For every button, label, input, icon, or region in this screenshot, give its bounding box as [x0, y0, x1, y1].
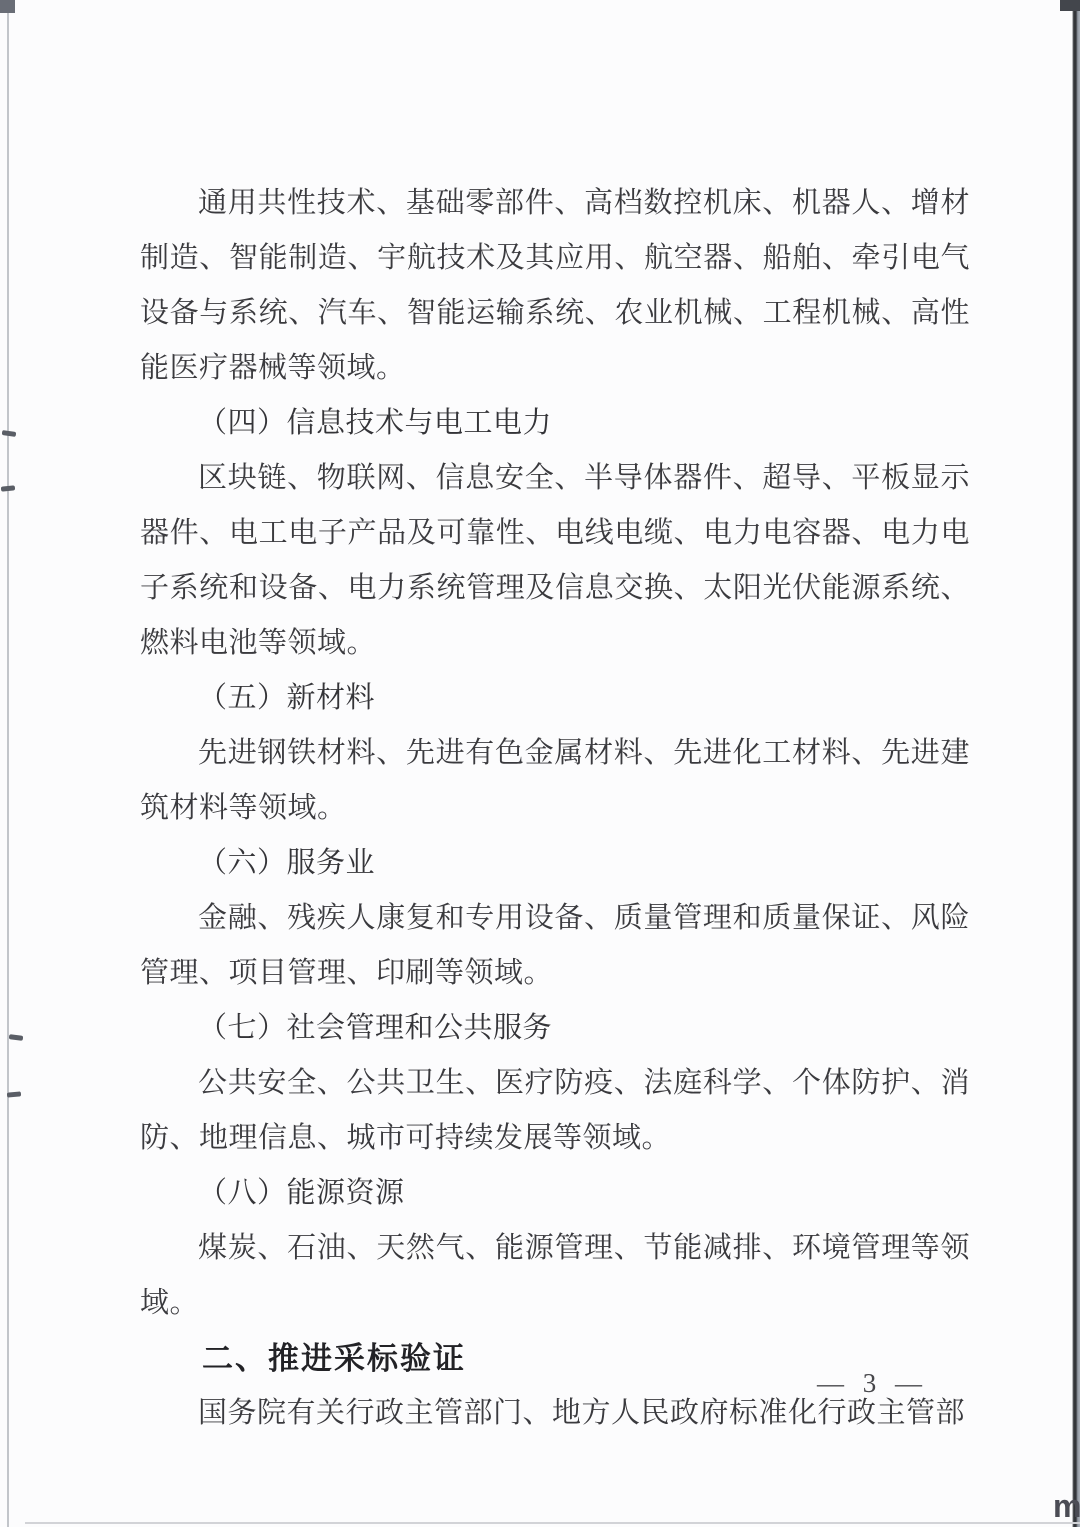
paragraph-new-materials-fields: 先进钢铁材料、先进有色金属材料、先进化工材料、先进建筑材料等领域。: [140, 726, 970, 836]
section-heading-8-energy-resources: （八）能源资源: [140, 1166, 970, 1221]
paragraph-information-technology-fields: 区块链、物联网、信息安全、半导体器件、超导、平板显示器件、电工电子产品及可靠性、…: [140, 451, 970, 671]
staple-mark: [1, 485, 15, 491]
staple-mark: [7, 1091, 21, 1097]
right-scan-edge: [1071, 0, 1080, 1527]
section-heading-4-information-technology: （四）信息技术与电工电力: [140, 396, 970, 451]
staple-mark: [9, 1034, 24, 1041]
page-number: — 3 —: [817, 1368, 928, 1399]
section-heading-6-service-industry: （六）服务业: [140, 836, 970, 891]
paragraph-social-management-fields: 公共安全、公共卫生、医疗防疫、法庭科学、个体防护、消防、地理信息、城市可持续发展…: [140, 1056, 970, 1166]
watermark-fragment: m: [1053, 1488, 1080, 1525]
left-binding-crease: [7, 0, 9, 1527]
document-body: 通用共性技术、基础零部件、高档数控机床、机器人、增材制造、智能制造、宇航技术及其…: [140, 176, 970, 1441]
bottom-scan-edge: [25, 1522, 1080, 1524]
right-scan-edge-cap: [1060, 0, 1080, 11]
staple-mark: [2, 430, 17, 437]
paragraph-service-industry-fields: 金融、残疾人康复和专用设备、质量管理和质量保证、风险管理、项目管理、印刷等领域。: [140, 891, 970, 1001]
top-left-scan-mark: [0, 0, 15, 13]
paragraph-energy-resources-fields: 煤炭、石油、天然气、能源管理、节能减排、环境管理等领域。: [140, 1221, 970, 1331]
scanned-document-page: m 通用共性技术、基础零部件、高档数控机床、机器人、增材制造、智能制造、宇航技术…: [0, 0, 1080, 1527]
section-heading-5-new-materials: （五）新材料: [140, 671, 970, 726]
paragraph-general-common-tech: 通用共性技术、基础零部件、高档数控机床、机器人、增材制造、智能制造、宇航技术及其…: [140, 176, 970, 396]
section-heading-7-social-management: （七）社会管理和公共服务: [140, 1001, 970, 1056]
